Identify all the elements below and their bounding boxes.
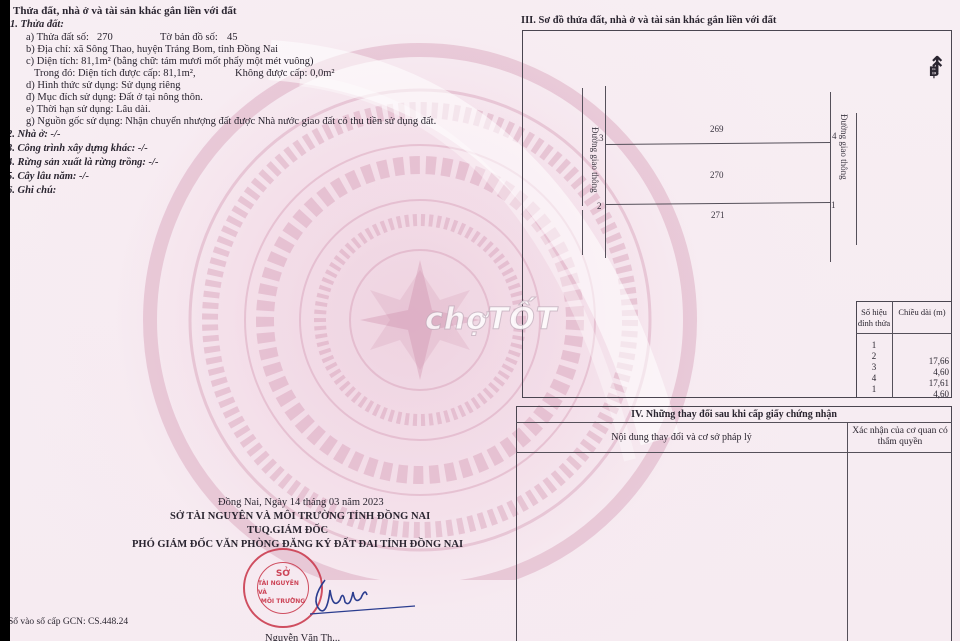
signer-name: Nguyễn Văn Th... — [265, 633, 340, 641]
handwritten-signature — [305, 570, 425, 620]
usage-purpose: đ) Mục đích sử dụng: Đất ở tại nông thôn… — [26, 92, 203, 104]
certificate-page: Thửa đất, nhà ở và tài sản khác gắn liền… — [10, 0, 960, 641]
section-4-forest: 4. Rừng sản xuất là rừng trồng: -/- — [10, 157, 158, 169]
usage-origin: g) Nguồn gốc sử dụng: Nhận chuyển nhượng… — [26, 116, 436, 128]
area-granted: Trong đó: Diện tích được cấp: 81,1m², — [34, 68, 196, 80]
vertex-cell: 1 — [856, 384, 892, 395]
vertex-3-label: 3 — [599, 133, 604, 143]
length-cell: 17,61 — [893, 378, 949, 389]
length-cell: 4,60 — [893, 389, 949, 400]
road-left-outer-upper — [582, 88, 583, 206]
vertex-4-label: 4 — [832, 131, 837, 141]
stamp-text-3: MÔI TRƯỜNG — [261, 597, 305, 606]
section-5-perennial-trees: 5. Cây lâu năm: -/- — [10, 171, 89, 183]
stamp-text-1: SỞ — [276, 570, 290, 579]
changes-header-divider — [516, 452, 952, 453]
vertex-cell: 3 — [856, 362, 892, 373]
header-length: Chiều dài (m) — [893, 307, 951, 318]
vertex-1-label: 1 — [831, 200, 836, 210]
section-6-notes: 6. Ghi chú: — [10, 185, 56, 197]
vertex-cell: 4 — [856, 373, 892, 384]
changes-title-divider — [516, 422, 952, 423]
road-left-outer-lower — [582, 210, 583, 255]
map-sheet-label: Tờ bản đồ số: — [160, 32, 218, 44]
road-right-inner — [830, 92, 831, 262]
certificate-register-number: Số vào sổ cấp GCN: CS.448.24 — [10, 616, 128, 628]
length-cell: 17,66 — [893, 356, 949, 367]
section-heading-land: Thửa đất, nhà ở và tài sản khác gắn liền… — [13, 5, 237, 17]
section-2-house: 2. Nhà ở: -/- — [10, 129, 60, 141]
parcel-271-label: 271 — [711, 210, 725, 220]
changes-column-divider — [847, 422, 848, 641]
section-3-other-construction: 3. Công trình xây dựng khác: -/- — [10, 143, 148, 155]
usage-term: e) Thời hạn sử dụng: Lâu dài. — [26, 104, 150, 116]
issue-date: Đồng Nai, Ngày 14 tháng 03 năm 2023 — [218, 497, 384, 509]
stamp-text-2: TÀI NGUYÊN VÀ — [258, 579, 308, 597]
signer-title: PHÓ GIÁM ĐỐC VĂN PHÒNG ĐĂNG KÝ ĐẤT ĐAI T… — [132, 539, 463, 551]
header-vertex: Số hiệu đỉnh thửa — [856, 307, 892, 329]
vertex-2-label: 2 — [597, 201, 602, 211]
road-right-outer — [856, 113, 857, 245]
area-not-granted: Không được cấp: 0,0m² — [235, 68, 335, 80]
parcel-number-label: a) Thửa đất số: — [26, 32, 89, 44]
road-label-right: Đường giao thông — [839, 114, 849, 180]
address-line: b) Địa chỉ: xã Sông Thao, huyện Trảng Bo… — [26, 44, 278, 56]
vertex-cell: 2 — [856, 351, 892, 362]
changes-col-confirmation: Xác nhận của cơ quan có thẩm quyền — [848, 426, 952, 448]
diagram-title: III. Sơ đồ thửa đất, nhà ở và tài sản kh… — [521, 15, 776, 27]
changes-title: IV. Những thay đổi sau khi cấp giấy chứn… — [516, 409, 952, 420]
chotot-watermark-logo: chợTỐT — [425, 302, 557, 337]
parcel-number-value: 270 — [97, 32, 113, 44]
vertex-cell: 1 — [856, 340, 892, 351]
length-cell: 4,60 — [893, 367, 949, 378]
parcel-269-label: 269 — [710, 124, 724, 134]
section-1-title: 1. Thửa đất: — [10, 19, 64, 31]
north-letter-icon: ฿ — [929, 65, 939, 77]
map-sheet-value: 45 — [227, 32, 238, 44]
road-left-inner — [605, 86, 606, 258]
area-line: c) Diện tích: 81,1m² (bằng chữ: tám mươi… — [26, 56, 314, 68]
issuing-org: SỞ TÀI NGUYÊN VÀ MÔI TRƯỜNG TỈNH ĐỒNG NA… — [170, 511, 430, 523]
parcel-270-label: 270 — [710, 170, 724, 180]
usage-form: d) Hình thức sử dụng: Sử dụng riêng — [26, 80, 180, 92]
changes-col-content: Nội dung thay đổi và cơ sở pháp lý — [516, 432, 847, 443]
authorization: TUQ.GIÁM ĐỐC — [247, 525, 328, 537]
table-divider-header — [856, 333, 952, 334]
